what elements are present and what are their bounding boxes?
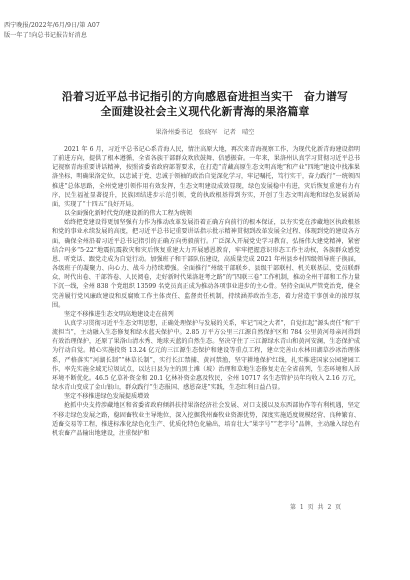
section-heading-party-building: 以全面强化新时代党的建设新的伟大工程为统领 [52, 209, 360, 218]
article-title: 沿着习近平总书记指引的方向感恩奋进担当实干 奋力谱写 全面建设社会主义现代化新青… [40, 89, 370, 119]
section-heading-green-development: 坚定不移推进绿色发展提质增效 [52, 392, 360, 401]
paragraph-party-building: 始终把党建设得更加坚强有力作为推动改革发展沿着正确方向前行的根本保证，以夯实党在… [52, 218, 360, 310]
paragraph-green-development: 抢抓中央支持涉藏地区和省委省政府倾斜扶持果洛经济社会发展、对口支援以及东西部协作… [52, 401, 360, 438]
paragraph-ecology: 认真学习贯彻习近平生态文明思想，正确处理保护与发展的关系，牢记“国之大者”，自觉… [52, 319, 360, 392]
title-line-1: 沿着习近平总书记指引的方向感恩奋进担当实干 奋力谱写 [40, 89, 370, 104]
byline: 果洛州委书记 张晓军 记者 晴空 [40, 127, 370, 136]
section-heading-ecology: 坚定不移推进生态文明高地建设走在前列 [52, 310, 360, 319]
page-indicator: 第 1 页 共 2 页 [290, 502, 341, 511]
article-body: 2021 年 6 月，习近平总书记心系青海人民，情注高原大地，再次来青海视察工作… [52, 145, 360, 438]
source-info: 西宁晚报/2022年/6月/9日/第 A07 版一年了!向总书记报告好消息 [4, 21, 204, 40]
section-line: 版一年了!向总书记报告好消息 [4, 31, 204, 41]
paragraph-intro: 2021 年 6 月，习近平总书记心系青海人民，情注高原大地，再次来青海视察工作… [52, 145, 360, 209]
source-line: 西宁晚报/2022年/6月/9日/第 A07 [4, 21, 204, 31]
title-line-2: 全面建设社会主义现代化新青海的果洛篇章 [40, 104, 370, 119]
